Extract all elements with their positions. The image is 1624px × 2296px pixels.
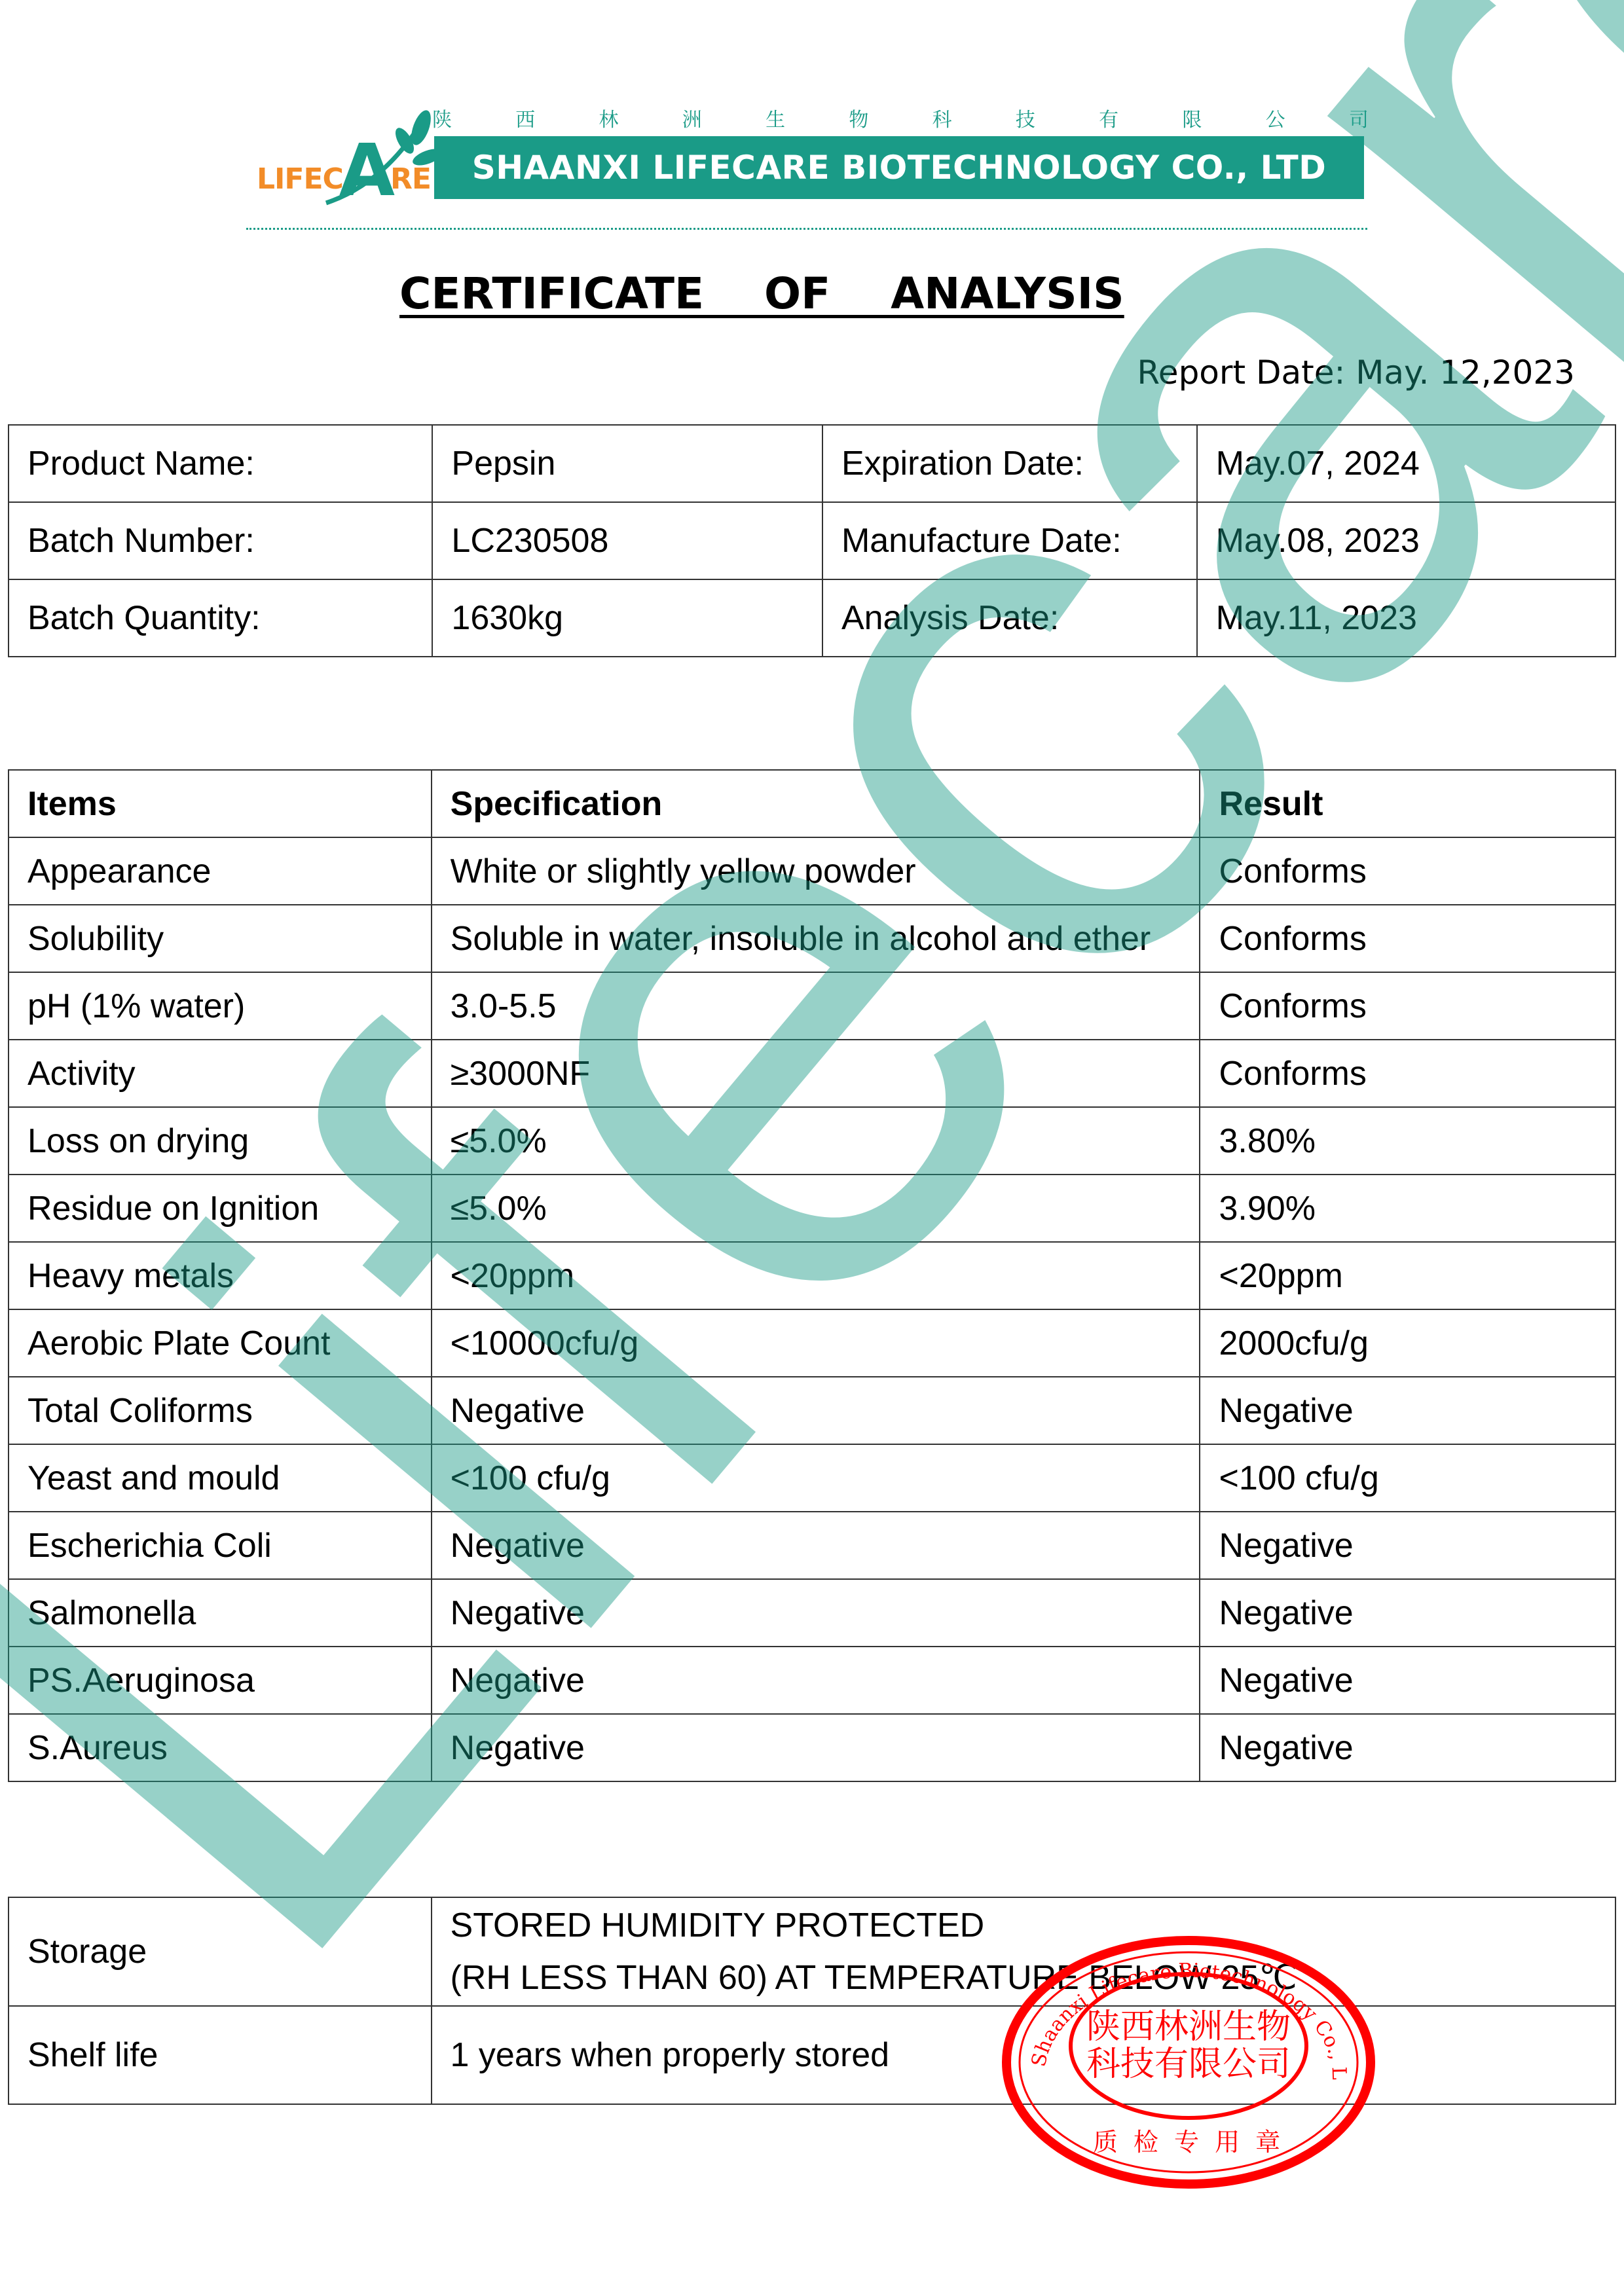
table-row: PS.AeruginosaNegativeNegative — [9, 1647, 1615, 1714]
company-name-char: 林 — [599, 103, 619, 132]
cell-result: Negative — [1200, 1512, 1615, 1579]
header-result: Result — [1200, 770, 1615, 837]
table-row: SalmonellaNegativeNegative — [9, 1579, 1615, 1647]
cell-result: Negative — [1200, 1579, 1615, 1647]
cell-specification: Negative — [432, 1579, 1200, 1647]
cell-item: Aerobic Plate Count — [9, 1309, 432, 1377]
cell-specification: ≤5.0% — [432, 1175, 1200, 1242]
header-specification: Specification — [432, 770, 1200, 837]
cell-result: <20ppm — [1200, 1242, 1615, 1309]
cell-item: S.Aureus — [9, 1714, 432, 1781]
cell-item: Heavy metals — [9, 1242, 432, 1309]
cell-item: PS.Aeruginosa — [9, 1647, 432, 1714]
company-name-char: 技 — [1016, 103, 1035, 132]
cell-specification: <20ppm — [432, 1242, 1200, 1309]
table-row: Residue on Ignition≤5.0%3.90% — [9, 1175, 1615, 1242]
page-title: CERTIFICATE OF ANALYSIS — [399, 268, 1124, 319]
info-label: Batch Quantity: — [9, 579, 432, 657]
table-row: Aerobic Plate Count<10000cfu/g2000cfu/g — [9, 1309, 1615, 1377]
cell-result: Conforms — [1200, 905, 1615, 972]
cell-item: pH (1% water) — [9, 972, 432, 1040]
info-value: 1630kg — [432, 579, 822, 657]
table-row: SolubilitySoluble in water, insoluble in… — [9, 905, 1615, 972]
info-label: Analysis Date: — [822, 579, 1197, 657]
info-label: Batch Number: — [9, 502, 432, 579]
cell-result: Negative — [1200, 1647, 1615, 1714]
cell-result: 3.80% — [1200, 1107, 1615, 1175]
cell-item: Activity — [9, 1040, 432, 1107]
cell-specification: <10000cfu/g — [432, 1309, 1200, 1377]
info-label: Product Name: — [9, 425, 432, 502]
cell-result: Conforms — [1200, 1040, 1615, 1107]
info-value: May.07, 2024 — [1197, 425, 1615, 502]
table-row: Total ColiformsNegativeNegative — [9, 1377, 1615, 1444]
cell-specification: ≥3000NF — [432, 1040, 1200, 1107]
report-date: Report Date: May. 12,2023 — [1137, 354, 1575, 392]
company-name-char: 陕 — [432, 103, 452, 132]
cell-specification: 3.0-5.5 — [432, 972, 1200, 1040]
info-row: Batch Number:LC230508Manufacture Date:Ma… — [9, 502, 1615, 579]
logo-text-right: RE — [390, 162, 431, 196]
cell-specification: ≤5.0% — [432, 1107, 1200, 1175]
company-name-char: 科 — [932, 103, 952, 132]
storage-value: STORED HUMIDITY PROTECTED (RH LESS THAN … — [432, 1897, 1615, 2006]
header-divider — [246, 228, 1367, 230]
cell-specification: Soluble in water, insoluble in alcohol a… — [432, 905, 1200, 972]
cell-specification: <100 cfu/g — [432, 1444, 1200, 1512]
cell-result: Conforms — [1200, 837, 1615, 905]
cell-result: <100 cfu/g — [1200, 1444, 1615, 1512]
table-row: Activity≥3000NFConforms — [9, 1040, 1615, 1107]
storage-label: Storage — [9, 1897, 432, 2006]
company-name-char: 限 — [1182, 103, 1202, 132]
company-name-char: 有 — [1099, 103, 1118, 132]
table-row: Loss on drying≤5.0%3.80% — [9, 1107, 1615, 1175]
cell-specification: Negative — [432, 1647, 1200, 1714]
company-name-char: 西 — [515, 103, 535, 132]
product-info-table: Product Name:PepsinExpiration Date:May.0… — [8, 424, 1616, 657]
info-value: Pepsin — [432, 425, 822, 502]
company-name-char: 司 — [1349, 103, 1369, 132]
company-name-banner: SHAANXI LIFECARE BIOTECHNOLOGY CO., LTD — [434, 136, 1364, 199]
svg-text:质 检 专 用 章: 质 检 专 用 章 — [1093, 2128, 1284, 2157]
cell-specification: Negative — [432, 1377, 1200, 1444]
cell-item: Loss on drying — [9, 1107, 432, 1175]
logo-text-a: A — [339, 128, 394, 212]
shelf-life-label: Shelf life — [9, 2006, 432, 2104]
cell-specification: Negative — [432, 1714, 1200, 1781]
table-row: S.AureusNegativeNegative — [9, 1714, 1615, 1781]
cell-item: Appearance — [9, 837, 432, 905]
storage-line-2: (RH LESS THAN 60) AT TEMPERATURE BELOW 2… — [451, 1952, 1596, 2004]
company-name-char: 公 — [1266, 103, 1285, 132]
info-row: Batch Quantity:1630kgAnalysis Date:May.1… — [9, 579, 1615, 657]
logo-text-left: LIFEC — [257, 162, 343, 196]
cell-specification: Negative — [432, 1512, 1200, 1579]
table-row: Escherichia ColiNegativeNegative — [9, 1512, 1615, 1579]
storage-row: Storage STORED HUMIDITY PROTECTED (RH LE… — [9, 1897, 1615, 2006]
company-logo: LIFECARE — [254, 105, 451, 210]
company-name-char: 洲 — [682, 103, 702, 132]
info-row: Product Name:PepsinExpiration Date:May.0… — [9, 425, 1615, 502]
cell-item: Salmonella — [9, 1579, 432, 1647]
shelf-life-value: 1 years when properly stored — [432, 2006, 1615, 2104]
table-row: Yeast and mould<100 cfu/g<100 cfu/g — [9, 1444, 1615, 1512]
info-label: Manufacture Date: — [822, 502, 1197, 579]
storage-table: Storage STORED HUMIDITY PROTECTED (RH LE… — [8, 1897, 1616, 2105]
info-label: Expiration Date: — [822, 425, 1197, 502]
company-name-char: 物 — [849, 103, 868, 132]
header-items: Items — [9, 770, 432, 837]
table-row: Heavy metals<20ppm<20ppm — [9, 1242, 1615, 1309]
table-header-row: Items Specification Result — [9, 770, 1615, 837]
cell-item: Escherichia Coli — [9, 1512, 432, 1579]
company-name-char: 生 — [766, 103, 785, 132]
info-value: LC230508 — [432, 502, 822, 579]
storage-line-1: STORED HUMIDITY PROTECTED — [451, 1899, 1596, 1952]
cell-result: Conforms — [1200, 972, 1615, 1040]
cell-item: Total Coliforms — [9, 1377, 432, 1444]
table-row: pH (1% water)3.0-5.5Conforms — [9, 972, 1615, 1040]
cell-result: 2000cfu/g — [1200, 1309, 1615, 1377]
info-value: May.08, 2023 — [1197, 502, 1615, 579]
cell-specification: White or slightly yellow powder — [432, 837, 1200, 905]
test-results-table: Items Specification Result AppearanceWhi… — [8, 769, 1616, 1782]
company-name-chinese: 陕西林洲生物科技有限公司 — [432, 103, 1369, 132]
table-row: AppearanceWhite or slightly yellow powde… — [9, 837, 1615, 905]
shelf-life-row: Shelf life 1 years when properly stored — [9, 2006, 1615, 2104]
cell-item: Yeast and mould — [9, 1444, 432, 1512]
cell-result: Negative — [1200, 1714, 1615, 1781]
cell-result: 3.90% — [1200, 1175, 1615, 1242]
cell-result: Negative — [1200, 1377, 1615, 1444]
cell-item: Residue on Ignition — [9, 1175, 432, 1242]
cell-item: Solubility — [9, 905, 432, 972]
info-value: May.11, 2023 — [1197, 579, 1615, 657]
